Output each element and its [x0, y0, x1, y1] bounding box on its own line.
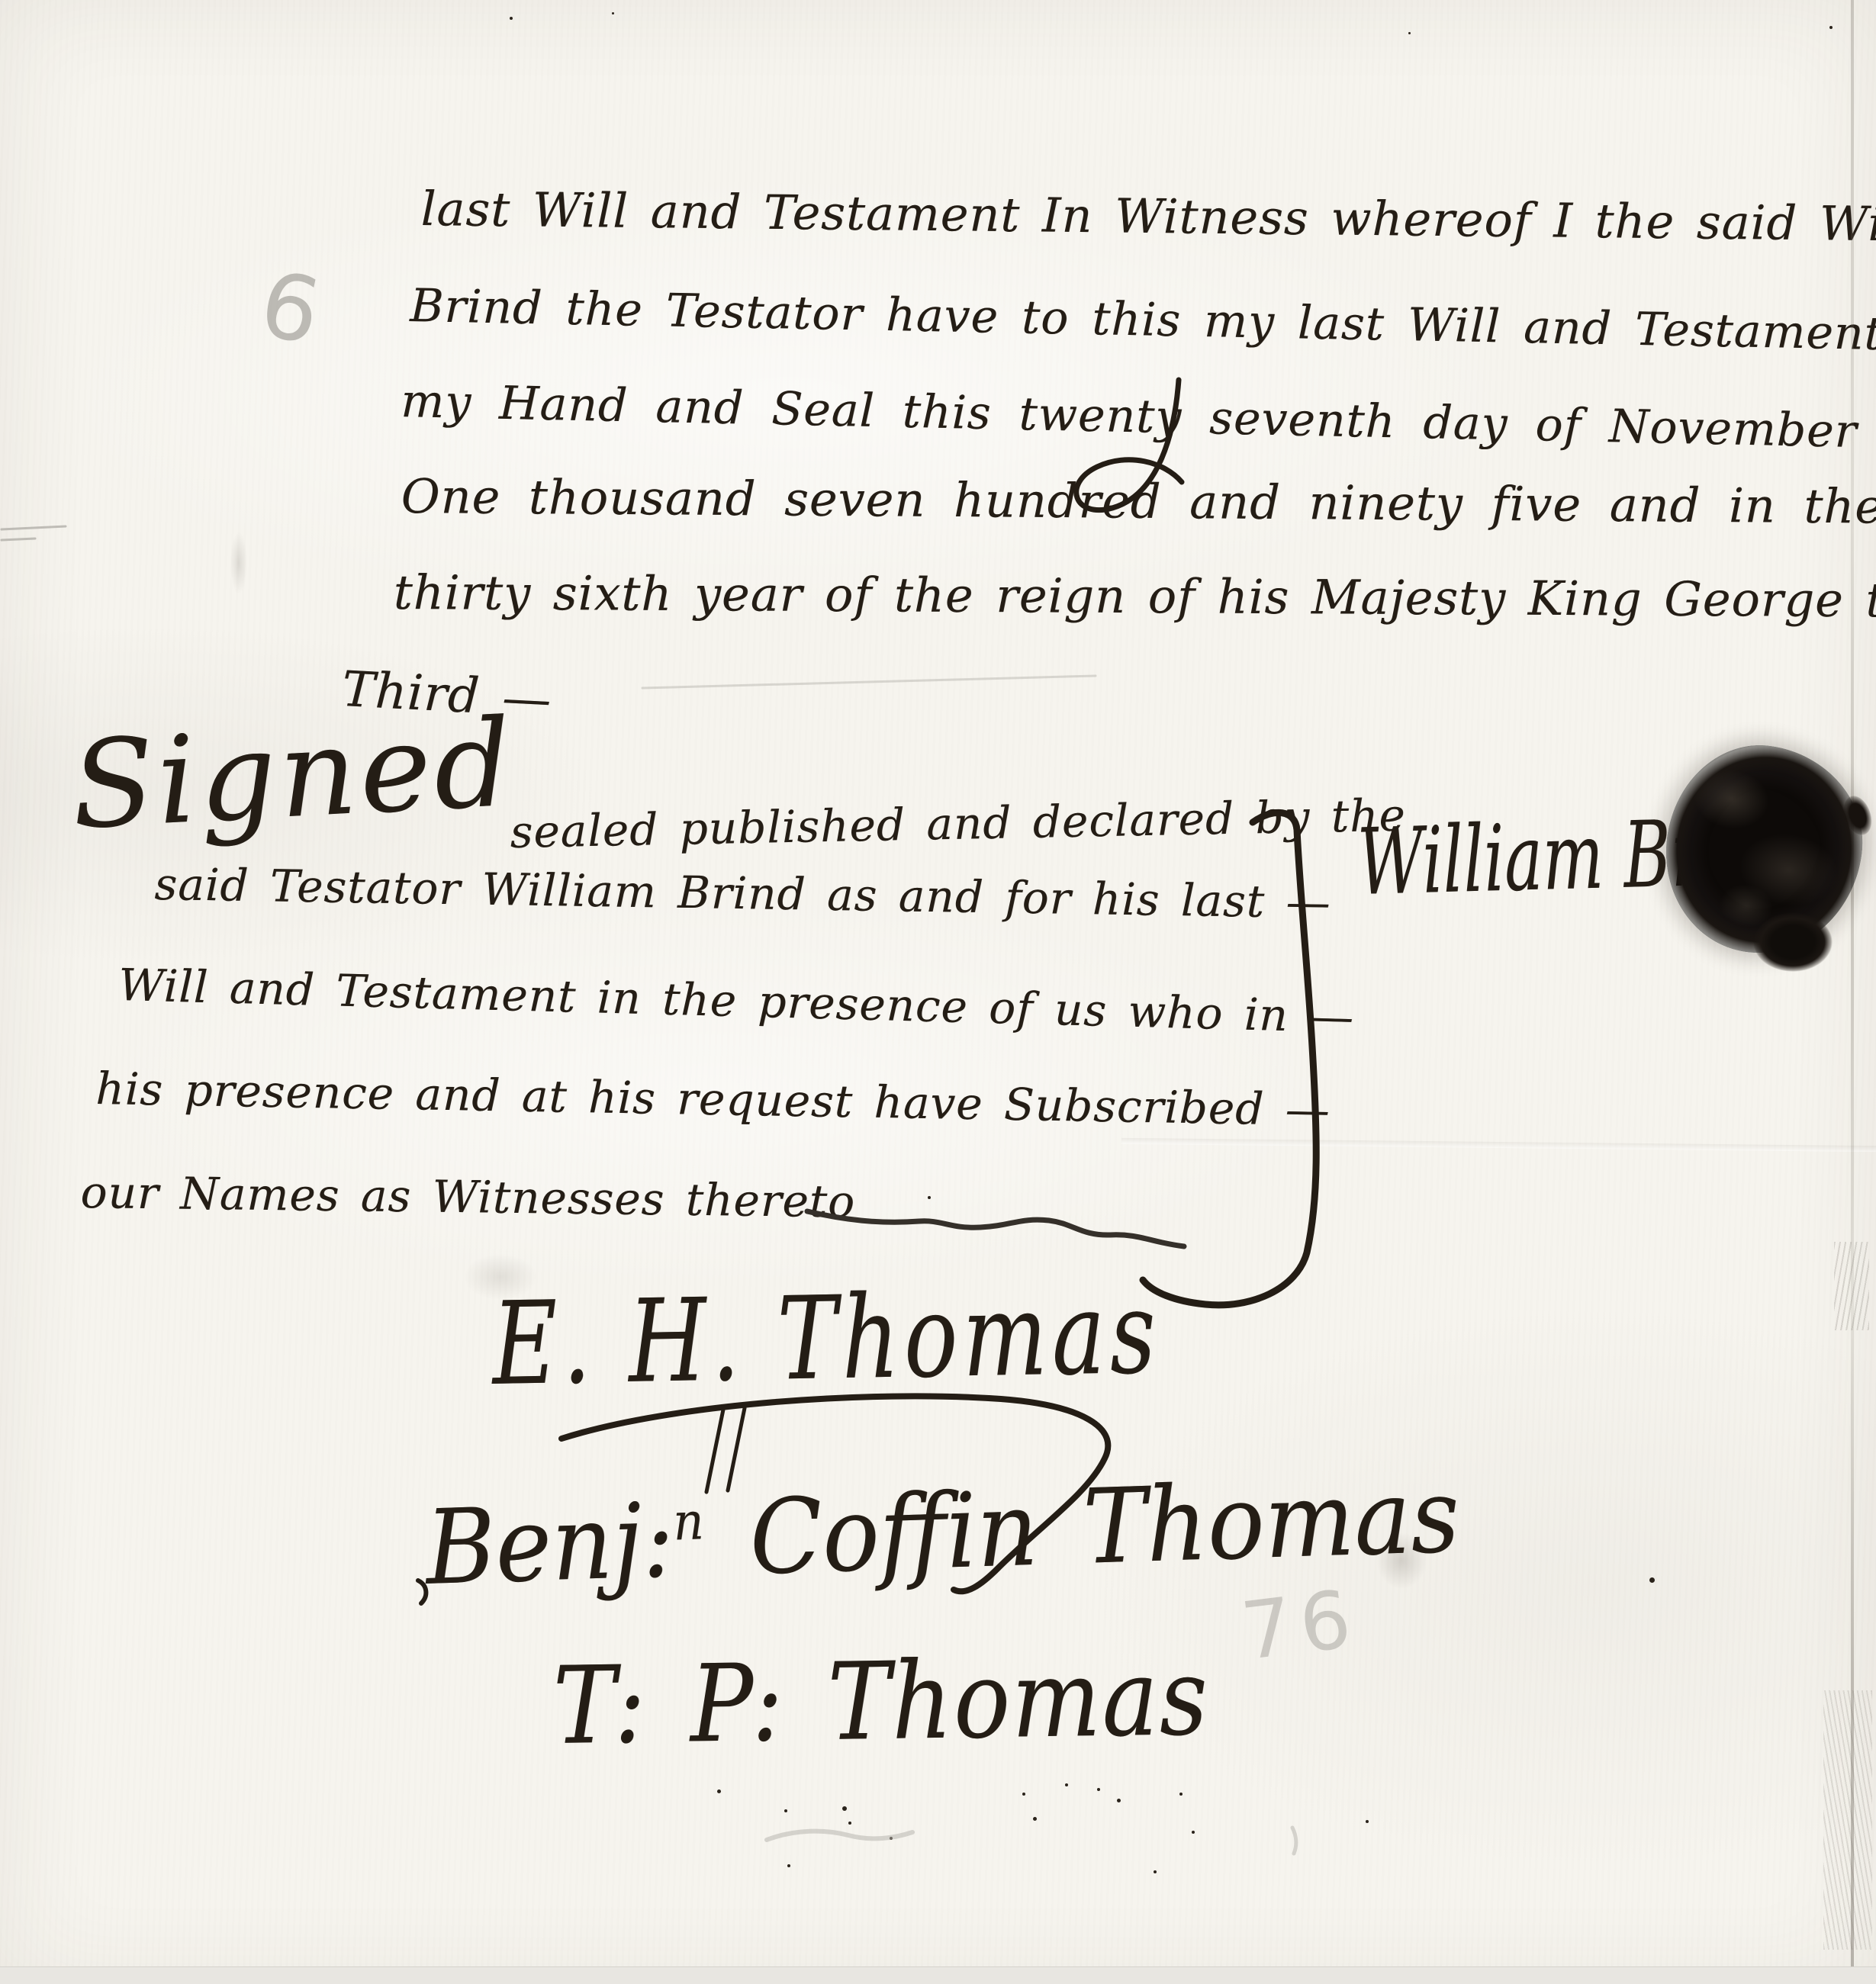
ink-flourish-layer: [0, 0, 1876, 1984]
seventh-descender-flourish: [1076, 380, 1182, 510]
signature-paraph-stroke: [728, 1408, 745, 1490]
pencil-ghost-mark: [767, 1831, 912, 1840]
ink-filler-line: [807, 1211, 1184, 1246]
pen-rest-mark: [418, 1580, 426, 1603]
scanned-will-page: 6 76 last Will and Testament In Witness …: [0, 0, 1876, 1984]
wax-seal-drip: [1753, 912, 1833, 972]
signature-underline-flourish: [562, 1396, 1108, 1591]
edge-crease-mark: [2, 539, 35, 540]
attestation-brace: [1143, 812, 1316, 1305]
pencil-stray-line: [642, 676, 1096, 688]
signature-paraph-stroke: [706, 1410, 723, 1492]
pencil-ghost-mark: [1292, 1828, 1296, 1854]
edge-crease-mark: [2, 526, 66, 529]
